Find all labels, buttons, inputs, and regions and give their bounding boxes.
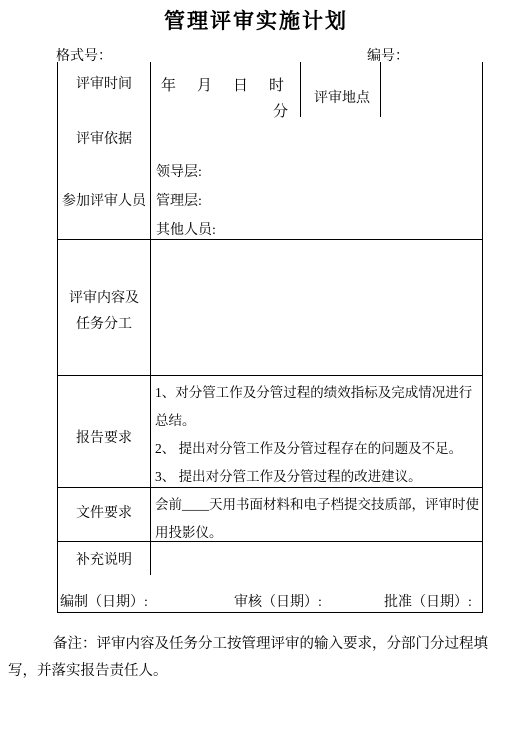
review-time-label: 评审时间 xyxy=(58,73,150,93)
review-place-label: 评审地点 xyxy=(303,87,381,107)
document-requirements-text: 会前____天用书面材料和电子档提交技质部，评审时使用投影仪。 xyxy=(155,491,482,547)
review-basis-label: 评审依据 xyxy=(58,128,150,148)
report-requirements-content: 1、对分管工作及分管过程的绩效指标及完成情况进行总结。 2、 提出对分管工作及分… xyxy=(155,379,482,491)
participants-content: 领导层: 管理层: 其他人员: xyxy=(156,158,216,245)
document-page: 管理评审实施计划 格式号： 编号： 评审时间 年 月 日 时 分 评审地点 评审… xyxy=(0,0,512,732)
form-table: 评审时间 年 月 日 时 分 评审地点 评审依据 参加评审人员 领导层: 管理层… xyxy=(57,62,483,613)
participants-line-leaders: 领导层: xyxy=(156,158,216,187)
approved-date-label: 批准（日期）: xyxy=(384,591,472,611)
reviewed-date-label: 审核（日期）: xyxy=(234,591,322,611)
footnote: 备注：评审内容及任务分工按管理评审的输入要求，分部门分过程填写，并落实报告责任人… xyxy=(8,631,506,685)
prepared-date-label: 编制（日期）: xyxy=(60,591,148,611)
row1-divider-datetime-place xyxy=(300,62,301,117)
row-border-below-content-tasks xyxy=(58,375,482,376)
participants-line-managers: 管理层: xyxy=(156,187,216,216)
content-tasks-value xyxy=(151,240,481,374)
review-time-datetime-line1: 年 月 日 时 xyxy=(161,74,287,95)
page-title: 管理评审实施计划 xyxy=(0,5,512,35)
document-requirements-label: 文件要求 xyxy=(58,502,150,522)
content-tasks-label: 评审内容及 任务分工 xyxy=(58,286,150,338)
supplement-label: 补充说明 xyxy=(58,549,150,569)
review-place-value xyxy=(381,62,481,117)
report-item-3: 3、 提出对分管工作及分管过程的改进建议。 xyxy=(155,463,482,491)
report-requirements-label: 报告要求 xyxy=(58,427,150,447)
content-tasks-label-line1: 评审内容及 xyxy=(58,286,150,312)
supplement-value xyxy=(151,541,481,575)
content-tasks-label-line2: 任务分工 xyxy=(58,312,150,338)
report-item-1: 1、对分管工作及分管过程的绩效指标及完成情况进行总结。 xyxy=(155,379,482,435)
participants-label: 参加评审人员 xyxy=(58,190,150,210)
report-item-2: 2、 提出对分管工作及分管过程存在的问题及不足。 xyxy=(155,435,482,463)
